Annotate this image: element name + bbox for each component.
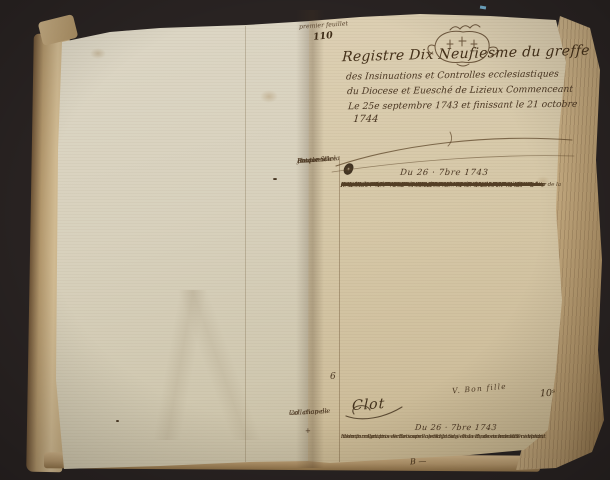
binding-speck — [480, 6, 486, 10]
entry-end-mark: B — — [410, 457, 427, 467]
fee-notation: 10ˢ — [540, 388, 556, 400]
ink-speck — [273, 178, 277, 180]
pen-flourish-icon — [332, 126, 577, 172]
entry-date-heading: Du 26 · 7bre 1743 — [415, 423, 498, 432]
ink-speck — [116, 420, 119, 422]
margin-note-mark: + — [305, 427, 311, 435]
register-title-line: 1744 — [353, 114, 379, 125]
margin-figure: 6 — [330, 372, 336, 382]
signature-paraph-icon — [344, 402, 408, 422]
folio-mark: 110 — [312, 30, 333, 43]
manuscript-photo: premier feuillet 110 Registre Dix Neufie… — [0, 0, 610, 480]
left-page-fold-line — [245, 26, 246, 462]
entry-date-heading: Du 26 · 7bre 1743 — [400, 168, 489, 178]
margin-rule-line — [339, 156, 340, 462]
left-blank-page — [48, 18, 310, 470]
